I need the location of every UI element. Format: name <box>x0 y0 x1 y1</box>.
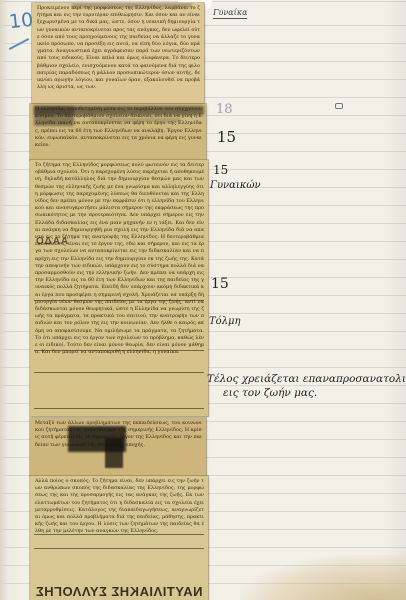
handwritten-sentence: Τέλος χρειάζεται επαναπροσανατολισμός κυ… <box>207 372 406 400</box>
mirrored-masthead: ΝΑΥΤΙΛΙΑΚΗΣ ΣΥΛΛΟΓΗΣ <box>32 584 206 599</box>
clipping-text: Προκειμένου περί της μορφώσεως της Ελλην… <box>37 5 200 91</box>
clipping-text: Το ζήτημα της Ελληνίδος μορφώσεως πολύ φ… <box>35 162 204 356</box>
handwritten-number-18: 18 <box>216 102 233 117</box>
handwritten-line: Τέλος χρειάζεται επαναπροσανατολισμός κυ… <box>207 372 406 386</box>
handwritten-number-15: 15 <box>213 163 228 177</box>
clipping-text: Αλλά ποίος ο σκοπός; Το ζήτημα είναι, δε… <box>35 478 204 536</box>
newspaper-clipping-1: Προκειμένου περί της μορφώσεως της Ελλην… <box>32 3 204 103</box>
underline-mark <box>34 548 204 549</box>
ink-smear <box>34 106 74 126</box>
paper-mark <box>335 103 343 109</box>
handwritten-number-15: 15 <box>217 128 236 146</box>
handwritten-word: Γυναικών <box>210 180 261 191</box>
underline-mark <box>34 350 204 351</box>
faded-headline: ΟΔΑΑ <box>36 236 204 247</box>
underline-mark <box>34 300 204 301</box>
newspaper-clipping-5: Αλλά ποίος ο σκοπός; Το ζήτημα είναι, δε… <box>30 476 208 600</box>
water-stain <box>240 555 406 600</box>
underline-mark <box>34 372 204 373</box>
page-edge-shadow <box>0 0 8 600</box>
newspaper-clipping-3: Το ζήτημα της Ελληνίδος μορφώσεως πολύ φ… <box>30 160 208 416</box>
newspaper-clipping-4: Μεταξύ των άλλων προβλημάτων της εκπαιδε… <box>30 418 206 476</box>
handwritten-word: Τόλμη <box>209 316 241 327</box>
handwritten-number-15: 15 <box>211 276 229 292</box>
handwritten-label-top: Γυναίκα <box>213 8 247 19</box>
page-number: 10 <box>8 9 34 33</box>
underline-mark <box>34 408 204 409</box>
ink-smear <box>72 3 192 8</box>
halftone-image <box>105 438 123 468</box>
ink-smear <box>90 118 180 122</box>
underline-mark <box>34 534 204 535</box>
newspaper-clipping-2: Η ελληνίδα, τοποθετημένη μέσα εις το περ… <box>30 104 206 160</box>
handwritten-line: εις τον ζωήν μας. <box>207 386 406 400</box>
document-page: 10 Προκειμένου περί της μορφώσεως της Ελ… <box>0 0 406 600</box>
